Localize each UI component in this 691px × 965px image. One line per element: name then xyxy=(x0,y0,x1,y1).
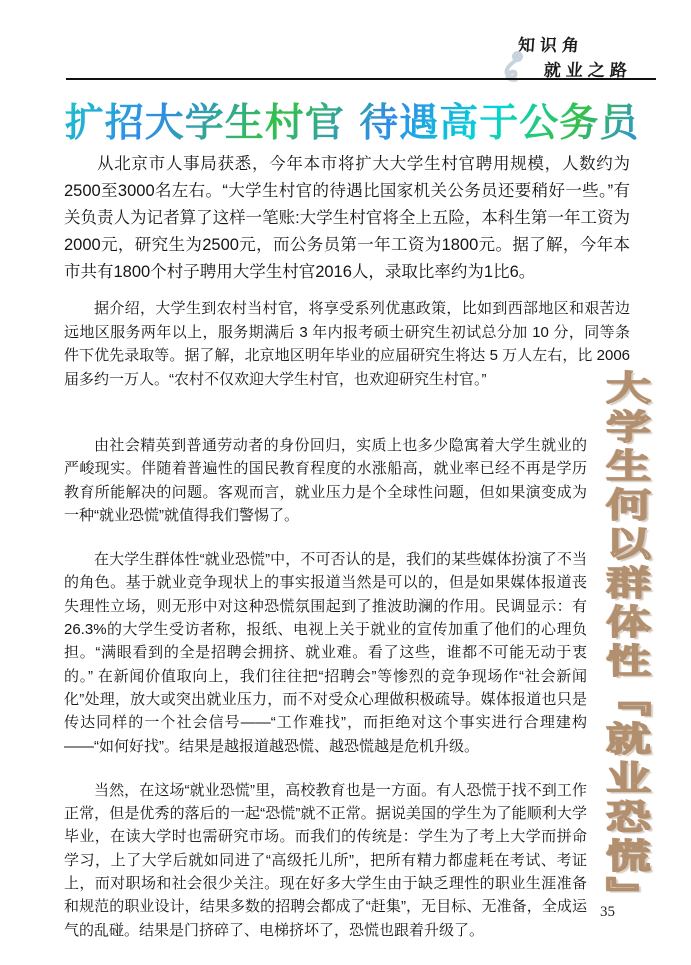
recruit-paragraph-2: 据介绍，大学生到农村当村官，将享受系列优惠政策，比如到西部地区和艰苦边远地区服务… xyxy=(64,297,630,391)
panic-article-body: 由社会精英到普通劳动者的身份回归，实质上也多少隐寓着大学生就业的严峻现实。伴随着… xyxy=(64,434,587,942)
header-topic-label: 知识角 xyxy=(517,31,585,56)
vertical-article-title: 大学生何以群体性『就业恐慌』 xyxy=(592,370,657,916)
page-number: 35 xyxy=(600,904,615,921)
panic-paragraph-2: 在大学生群体性“就业恐慌”中，不可否认的是，我们的某些媒体扮演了不当的角色。基于… xyxy=(64,548,587,758)
panic-paragraph-3: 当然，在这场“就业恐慌”里，高校教育也是一方面。有人恐慌于找不到工作正常，但是优… xyxy=(64,779,587,942)
panic-paragraph-1: 由社会精英到普通劳动者的身份回归，实质上也多少隐寓着大学生就业的严峻现实。伴随着… xyxy=(64,434,587,527)
magazine-page: 知识角 就业之路 扩招大学生村官 待遇高于公务员 从北京市人事局获悉，今年本市将… xyxy=(0,0,691,965)
body-text-column: 从北京市人事局获悉，今年本市将扩大大学生村官聘用规模，人数约为2500至3000… xyxy=(64,151,630,963)
flourish-icon xyxy=(501,50,527,87)
article-title: 扩招大学生村官 待遇高于公务员 xyxy=(62,92,642,148)
header-rule xyxy=(66,78,656,80)
recruit-paragraph-1: 从北京市人事局获悉，今年本市将扩大大学生村官聘用规模，人数约为2500至3000… xyxy=(64,151,630,286)
